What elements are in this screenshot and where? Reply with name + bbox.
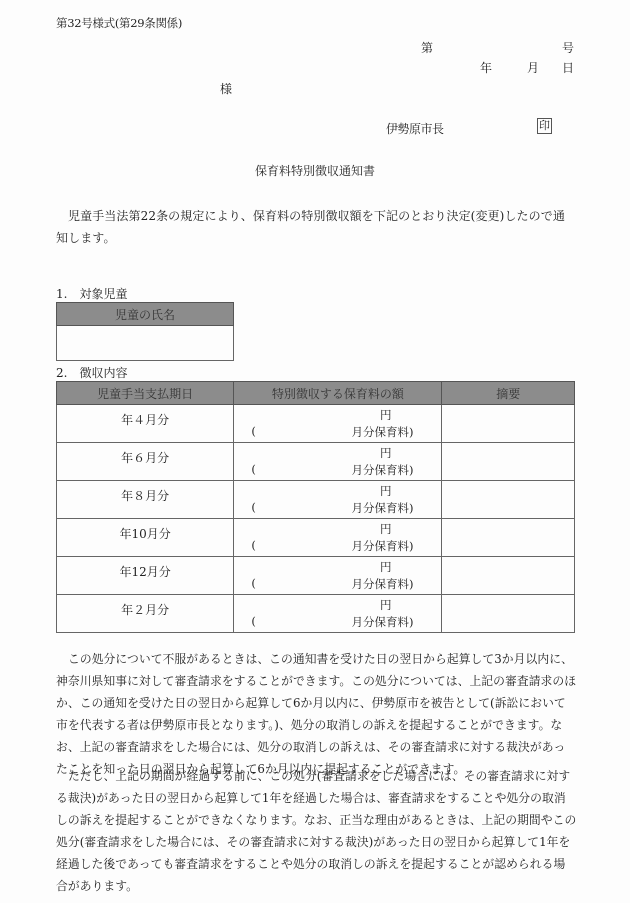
remarks-cell <box>442 481 575 519</box>
yen-label: 円 <box>380 597 392 613</box>
child-name-header: 児童の氏名 <box>57 303 234 326</box>
yen-label: 円 <box>380 407 392 423</box>
column-header-fee-amount: 特別徴収する保育料の額 <box>234 382 442 405</box>
amount-cell: 円 ( 月分保育料) <box>234 557 442 595</box>
date-day: 日 <box>562 59 574 76</box>
intro-paragraph: 児童手当法第22条の規定により、保育料の特別徴収額を下記のとおり決定(変更)した… <box>56 205 576 249</box>
remarks-cell <box>442 557 575 595</box>
doc-number-prefix: 第 <box>421 39 433 56</box>
form-id: 第32号様式(第29条関係) <box>56 15 182 31</box>
child-name-cell <box>57 326 234 361</box>
month-fee-label: 月分保育料) <box>351 576 413 592</box>
remarks-cell <box>442 405 575 443</box>
month-fee-label: 月分保育料) <box>351 424 413 440</box>
period-cell: 年６月分 <box>57 443 234 481</box>
month-fee-label: 月分保育料) <box>351 462 413 478</box>
appeal-exception-paragraph: ただし、上記の期間が経過する前に、この処分(審査請求をした場合には、その審査請求… <box>56 765 577 897</box>
paren-open: ( <box>251 424 256 438</box>
amount-cell: 円 ( 月分保育料) <box>234 481 442 519</box>
yen-label: 円 <box>380 521 392 537</box>
issuer-name: 伊勢原市長 <box>386 120 444 137</box>
table-row: 年８月分 円 ( 月分保育料) <box>57 481 575 519</box>
table-row: 年６月分 円 ( 月分保育料) <box>57 443 575 481</box>
yen-label: 円 <box>380 483 392 499</box>
period-cell: 年２月分 <box>57 595 234 633</box>
period-cell: 年10月分 <box>57 519 234 557</box>
month-fee-label: 月分保育料) <box>351 500 413 516</box>
amount-cell: 円 ( 月分保育料) <box>234 519 442 557</box>
paren-open: ( <box>251 614 256 628</box>
column-header-payment-date: 児童手当支払期日 <box>57 382 234 405</box>
amount-cell: 円 ( 月分保育料) <box>234 443 442 481</box>
section2-heading: 2. 徴収内容 <box>56 364 127 381</box>
table-row: 年12月分 円 ( 月分保育料) <box>57 557 575 595</box>
amount-cell: 円 ( 月分保育料) <box>234 595 442 633</box>
collection-table: 児童手当支払期日 特別徴収する保育料の額 摘要 年４月分 円 ( 月分保育料) … <box>56 381 575 633</box>
table-row: 年４月分 円 ( 月分保育料) <box>57 405 575 443</box>
paren-open: ( <box>251 538 256 552</box>
yen-label: 円 <box>380 445 392 461</box>
remarks-cell <box>442 519 575 557</box>
period-cell: 年８月分 <box>57 481 234 519</box>
seal-stamp-icon: 印 <box>537 118 552 134</box>
paren-open: ( <box>251 462 256 476</box>
table-row: 年10月分 円 ( 月分保育料) <box>57 519 575 557</box>
month-fee-label: 月分保育料) <box>351 614 413 630</box>
date-month: 月 <box>527 59 539 76</box>
paren-open: ( <box>251 500 256 514</box>
period-cell: 年12月分 <box>57 557 234 595</box>
appeal-notice-paragraph: この処分について不服があるときは、この通知書を受けた日の翌日から起算して3か月以… <box>56 648 577 780</box>
period-cell: 年４月分 <box>57 405 234 443</box>
doc-number-suffix: 号 <box>562 39 574 56</box>
remarks-cell <box>442 443 575 481</box>
document-title: 保育料特別徴収通知書 <box>0 162 630 179</box>
amount-cell: 円 ( 月分保育料) <box>234 405 442 443</box>
date-year: 年 <box>480 59 492 76</box>
column-header-remarks: 摘要 <box>442 382 575 405</box>
yen-label: 円 <box>380 559 392 575</box>
month-fee-label: 月分保育料) <box>351 538 413 554</box>
paren-open: ( <box>251 576 256 590</box>
table-row: 年２月分 円 ( 月分保育料) <box>57 595 575 633</box>
addressee-suffix: 様 <box>220 80 232 97</box>
remarks-cell <box>442 595 575 633</box>
child-table: 児童の氏名 <box>56 302 234 361</box>
section1-heading: 1. 対象児童 <box>56 285 127 302</box>
